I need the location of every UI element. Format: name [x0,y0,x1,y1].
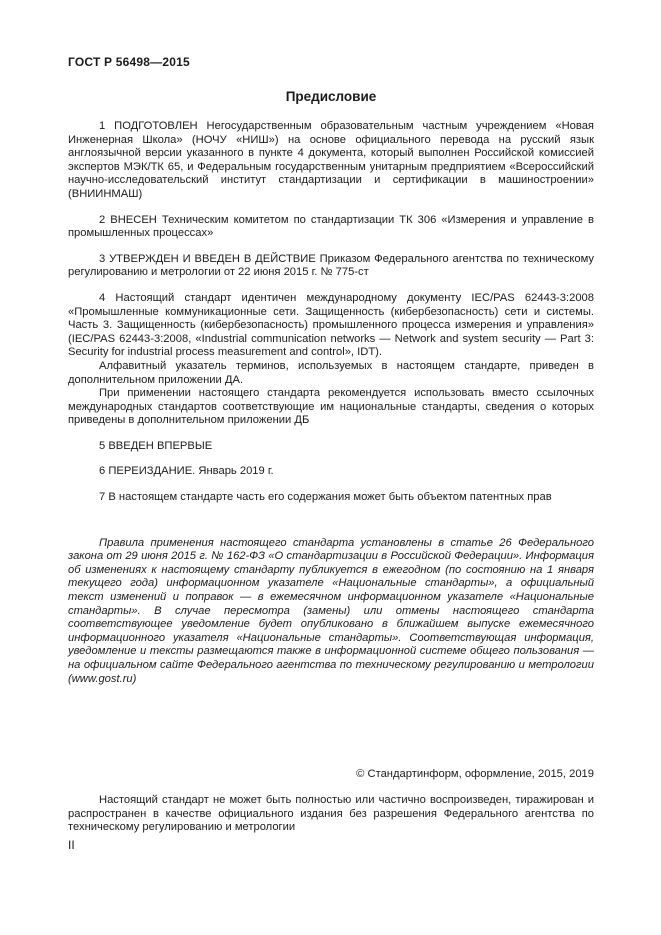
application-rules-note: Правила применения настоящего стандарта … [68,537,594,687]
clause-4-appendix-da-note: Алфавитный указатель терминов, используе… [68,360,594,387]
clause-4-appendix-db-note: При применении настоящего стандарта реко… [68,387,594,428]
document-page: ГОСТ Р 56498—2015 Предисловие 1 ПОДГОТОВ… [0,0,661,935]
page-title: Предисловие [68,89,594,104]
clause-3-approved: 3 УТВЕРЖДЕН И ВВЕДЕН В ДЕЙСТВИЕ Приказом… [68,253,594,280]
clause-6-reissue: 6 ПЕРЕИЗДАНИЕ. Январь 2019 г. [68,465,594,479]
clause-2-submitted-by: 2 ВНЕСЕН Техническим комитетом по станда… [68,214,594,241]
clause-4-identical-standard: 4 Настоящий стандарт идентичен междунаро… [68,292,594,360]
clause-7-patent-rights: 7 В настоящем стандарте часть его содерж… [68,491,594,505]
reproduction-restriction-note: Настоящий стандарт не может быть полност… [68,794,594,835]
page-number: II [68,838,594,852]
clause-5-first-edition: 5 ВВЕДЕН ВПЕРВЫЕ [68,440,594,454]
copyright-notice: © Стандартинформ, оформление, 2015, 2019 [68,768,594,780]
clause-1-prepared-by: 1 ПОДГОТОВЛЕН Негосударственным образова… [68,120,594,202]
standard-code: ГОСТ Р 56498—2015 [68,55,594,69]
